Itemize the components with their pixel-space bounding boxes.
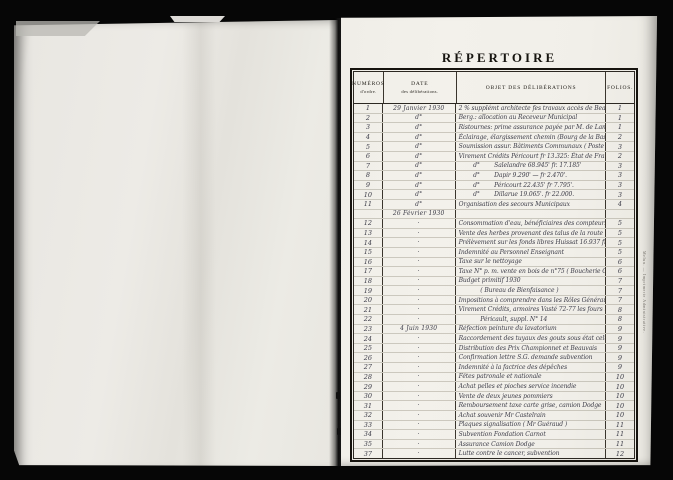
cell-order-number: 26 xyxy=(354,353,383,362)
cell-order-number: 6 xyxy=(354,152,383,161)
date-text: · xyxy=(418,364,420,371)
order-number-text: 23 xyxy=(364,325,372,333)
order-number-text: 26 xyxy=(364,354,372,362)
objet-text: d° Dillarue 19.065'. fr 22.000. xyxy=(459,191,574,198)
cell-order-number: 22 xyxy=(354,315,383,324)
cell-order-number: 30 xyxy=(354,392,383,401)
cell-objet: Achat pelles et pioches service incendie xyxy=(456,382,606,391)
table-row: 19 · ( Bureau de Bienfaisance ) 7 xyxy=(354,286,634,296)
date-text: · xyxy=(418,383,420,390)
cell-objet: Fêtes patronale et nationale xyxy=(456,373,606,382)
cell-objet: Assurance Camion Dodge xyxy=(456,440,606,449)
order-number-text: 24 xyxy=(364,335,372,343)
cell-folio: 11 xyxy=(606,430,634,439)
order-number-text: 11 xyxy=(364,200,372,208)
folio-text: 10 xyxy=(616,402,624,410)
objet-text: Vente des herbes provenant des talus de … xyxy=(459,230,603,237)
table-inner-border: NUMÉROS d'ordre. DATE des délibérations.… xyxy=(353,71,635,459)
cell-objet xyxy=(456,210,606,219)
order-number-text: 25 xyxy=(364,344,372,352)
cell-date: · xyxy=(383,267,456,276)
folio-text: 9 xyxy=(618,325,622,333)
objet-text: Organisation des secours Municipaux xyxy=(459,201,570,208)
cell-objet: Budget primitif 1930 xyxy=(456,277,606,286)
table-row: 1 29 Janvier 1930 2 % supplémt architect… xyxy=(354,104,634,114)
cell-date: · xyxy=(383,296,456,305)
objet-text: ( Bureau de Bienfaisance ) xyxy=(459,287,559,294)
cell-date: · xyxy=(383,334,456,343)
cell-folio: 6 xyxy=(606,267,634,276)
table-header: NUMÉROS d'ordre. DATE des délibérations.… xyxy=(354,72,634,104)
cell-order-number: 5 xyxy=(354,142,383,151)
cell-folio: 1 xyxy=(606,114,634,123)
date-text: · xyxy=(418,258,420,265)
cell-order-number: 29 xyxy=(354,382,383,391)
objet-text: Éclairage, élargissement chemin (Bourg d… xyxy=(459,134,606,141)
date-text: · xyxy=(418,412,420,419)
folio-text: 5 xyxy=(618,239,622,247)
order-number-text: 30 xyxy=(364,392,372,400)
table-row: 24 · Raccordement des tuyaux des gouts s… xyxy=(354,334,634,344)
order-number-text: 5 xyxy=(366,143,370,151)
date-text: d° xyxy=(415,182,422,189)
objet-text: Fêtes patronale et nationale xyxy=(459,373,542,380)
cell-date: · xyxy=(383,363,456,372)
order-number-text: 31 xyxy=(364,402,372,410)
objet-text: 2 % supplémt architecte fes travaux accè… xyxy=(459,105,606,112)
cell-date: · xyxy=(383,421,456,430)
page-edge-sliver xyxy=(170,16,225,22)
folio-text: 3 xyxy=(618,191,622,199)
cell-objet: Consommation d'eau, bénéficiaires des co… xyxy=(456,219,606,228)
table-row: 18 · Budget primitif 1930 7 xyxy=(354,277,634,287)
cell-objet: ( Bureau de Bienfaisance ) xyxy=(456,286,606,295)
table-row: 27 · Indemnité à la factrice des dépêche… xyxy=(354,363,634,373)
cell-folio: 10 xyxy=(606,382,634,391)
cell-objet: Confirmation lettre S.G. demande subvent… xyxy=(456,353,606,362)
cell-date: · xyxy=(383,305,456,314)
objet-text: Lutte contre le cancer, subvention xyxy=(459,450,560,457)
folio-text: 3 xyxy=(618,162,622,170)
cell-order-number: 21 xyxy=(354,305,383,314)
cell-date: · xyxy=(383,286,456,295)
table-row: 3 d° Ristournes: prime assurance payée p… xyxy=(354,123,634,133)
order-number-text: 10 xyxy=(364,191,372,199)
cell-date: · xyxy=(383,248,456,257)
cell-objet: Subvention Fondation Carnot xyxy=(456,430,606,439)
folio-text: 10 xyxy=(616,392,624,400)
cell-order-number: 23 xyxy=(354,325,383,334)
date-text: · xyxy=(418,354,420,361)
objet-text: Réfection peinture du lavatorium xyxy=(459,325,557,332)
date-text: · xyxy=(418,441,420,448)
cell-date: · xyxy=(383,315,456,324)
cell-order-number: 15 xyxy=(354,248,383,257)
cell-objet: Ristournes: prime assurance payée par M.… xyxy=(456,123,606,132)
date-text: d° xyxy=(415,153,422,160)
objet-text: Taxe N° p. m. vente en bois de n°75 ( Bo… xyxy=(459,268,606,275)
header-objet-label: OBJET DES DÉLIBÉRATIONS xyxy=(486,85,577,91)
cell-folio: 3 xyxy=(606,181,634,190)
binding-stitch-mark xyxy=(336,392,340,399)
table-row: 33 · Plaques signalisation ( Mr Guéraud … xyxy=(354,421,634,431)
left-blank-page xyxy=(14,20,338,466)
table-row: 11 d° Organisation des secours Municipau… xyxy=(354,200,634,210)
date-text: · xyxy=(418,421,420,428)
order-number-text: 35 xyxy=(364,440,372,448)
cell-date: d° xyxy=(383,123,456,132)
cell-order-number: 28 xyxy=(354,373,383,382)
cell-order-number xyxy=(354,210,383,219)
date-text: d° xyxy=(415,134,422,141)
cell-date: · xyxy=(383,277,456,286)
cell-objet: Indemnité à la factrice des dépêches xyxy=(456,363,606,372)
cell-order-number: 12 xyxy=(354,219,383,228)
table-row: 5 d° Soumission assur. Bâtiments Communa… xyxy=(354,142,634,152)
cell-date: · xyxy=(383,353,456,362)
cell-objet: Réfection peinture du lavatorium xyxy=(456,325,606,334)
table-row: 10 d° d° Dillarue 19.065'. fr 22.000. 3 xyxy=(354,190,634,200)
cell-folio: 10 xyxy=(606,411,634,420)
cell-folio: 3 xyxy=(606,190,634,199)
order-number-text: 3 xyxy=(366,123,370,131)
date-text: · xyxy=(418,402,420,409)
date-text: · xyxy=(418,450,420,457)
cell-date: · xyxy=(383,430,456,439)
cell-folio: 7 xyxy=(606,296,634,305)
date-text: · xyxy=(418,287,420,294)
cell-objet: Prélèvement sur les fonds libres Huissat… xyxy=(456,238,606,247)
folio-text: 1 xyxy=(618,104,622,112)
folio-text: 11 xyxy=(616,440,624,448)
cell-order-number: 27 xyxy=(354,363,383,372)
objet-text: Berg.: allocation au Receveur Municipal xyxy=(459,114,578,121)
cell-folio: 3 xyxy=(606,162,634,171)
folio-text: 2 xyxy=(618,152,622,160)
order-number-text: 21 xyxy=(364,306,372,314)
cell-objet: d° Salelandre 68.945' fr. 17.185' xyxy=(456,162,606,171)
table-body: 1 29 Janvier 1930 2 % supplémt architect… xyxy=(354,104,634,458)
cell-folio: 3 xyxy=(606,171,634,180)
table-row: 17 · Taxe N° p. m. vente en bois de n°75… xyxy=(354,267,634,277)
header-date-line1: DATE xyxy=(411,81,428,87)
cell-date: · xyxy=(383,440,456,449)
cell-objet: Soumission assur. Bâtiments Communaux ( … xyxy=(456,142,606,151)
cell-order-number: 31 xyxy=(354,401,383,410)
date-text: · xyxy=(418,297,420,304)
table-row: 37 · Lutte contre le cancer, subvention … xyxy=(354,449,634,458)
repertoire-table: NUMÉROS d'ordre. DATE des délibérations.… xyxy=(350,68,638,462)
cell-folio: 9 xyxy=(606,363,634,372)
objet-text: Raccordement des tuyaux des gouts sous é… xyxy=(459,335,606,342)
cell-folio: 9 xyxy=(606,353,634,362)
order-number-text: 14 xyxy=(364,239,372,247)
cell-objet: Distribution des Prix Championnet et Bea… xyxy=(456,344,606,353)
cell-folio: 5 xyxy=(606,219,634,228)
objet-text: Plaques signalisation ( Mr Guéraud ) xyxy=(459,421,567,428)
objet-text: Indemnité au Personnel Enseignant xyxy=(459,249,564,256)
objet-text: Confirmation lettre S.G. demande subvent… xyxy=(459,354,593,361)
date-text: d° xyxy=(415,201,422,208)
header-objet: OBJET DES DÉLIBÉRATIONS xyxy=(457,72,607,103)
objet-text: Achat souvenir Mr Castelrain xyxy=(459,412,546,419)
cell-objet: Vente de deux jeunes pommiers xyxy=(456,392,606,401)
date-text: · xyxy=(418,249,420,256)
cell-folio: 4 xyxy=(606,200,634,209)
folio-text: 4 xyxy=(618,200,622,208)
cell-date: · xyxy=(383,382,456,391)
cell-order-number: 14 xyxy=(354,238,383,247)
cell-date: 29 Janvier 1930 xyxy=(383,104,456,113)
objet-text: Remboursement taxe carte grise, camion D… xyxy=(459,402,602,409)
order-number-text: 27 xyxy=(364,363,372,371)
table-row: 23 4 Juin 1930 Réfection peinture du lav… xyxy=(354,325,634,335)
folio-text: 9 xyxy=(618,344,622,352)
objet-text: Budget primitif 1930 xyxy=(459,277,521,284)
cell-objet: Impositions à comprendre dans les Rôles … xyxy=(456,296,606,305)
header-numeros-line2: d'ordre. xyxy=(360,89,376,95)
date-text: d° xyxy=(415,124,422,131)
cell-objet: Plaques signalisation ( Mr Guéraud ) xyxy=(456,421,606,430)
header-date-line2: des délibérations. xyxy=(401,89,438,95)
cell-objet: d° Dillarue 19.065'. fr 22.000. xyxy=(456,190,606,199)
cell-order-number: 2 xyxy=(354,114,383,123)
cell-date: d° xyxy=(383,162,456,171)
cell-folio: 3 xyxy=(606,142,634,151)
cell-date: · xyxy=(383,344,456,353)
cell-order-number: 16 xyxy=(354,258,383,267)
table-row: 26 · Confirmation lettre S.G. demande su… xyxy=(354,353,634,363)
cell-date: · xyxy=(383,238,456,247)
cell-folio: 8 xyxy=(606,305,634,314)
cell-date: · xyxy=(383,401,456,410)
table-row: 6 d° Virement Crédits Péricourt fr 13.32… xyxy=(354,152,634,162)
objet-text: Achat pelles et pioches service incendie xyxy=(459,383,577,390)
cell-date: d° xyxy=(383,114,456,123)
date-text: · xyxy=(418,220,420,227)
cell-folio: 8 xyxy=(606,315,634,324)
date-text: d° xyxy=(415,162,422,169)
cell-objet: Vente des herbes provenant des talus de … xyxy=(456,229,606,238)
date-text: · xyxy=(418,230,420,237)
cell-order-number: 3 xyxy=(354,123,383,132)
objet-text: d° Salelandre 68.945' fr. 17.185' xyxy=(459,162,582,169)
objet-text: Virement Crédits, armoires Vasté 72-77 l… xyxy=(459,306,606,313)
cell-folio: 11 xyxy=(606,421,634,430)
date-text: 26 Février 1930 xyxy=(393,210,445,217)
objet-text: Assurance Camion Dodge xyxy=(459,441,535,448)
date-text: · xyxy=(418,306,420,313)
header-numeros-line1: NUMÉROS xyxy=(352,81,385,87)
cell-date: · xyxy=(383,229,456,238)
cell-date: d° xyxy=(383,200,456,209)
order-number-text: 19 xyxy=(364,287,372,295)
folio-text: 9 xyxy=(618,363,622,371)
cell-date: d° xyxy=(383,142,456,151)
cell-folio: 9 xyxy=(606,334,634,343)
cell-objet: 2 % supplémt architecte fes travaux accè… xyxy=(456,104,606,113)
objet-text: Prélèvement sur les fonds libres Huissat… xyxy=(459,239,606,246)
cell-folio: 10 xyxy=(606,392,634,401)
cell-folio: 10 xyxy=(606,401,634,410)
table-row: 25 · Distribution des Prix Championnet e… xyxy=(354,344,634,354)
objet-text: Virement Crédits Péricourt fr 13.325: Ét… xyxy=(459,153,606,160)
cell-date: · xyxy=(383,449,456,458)
table-row: 2 d° Berg.: allocation au Receveur Munic… xyxy=(354,114,634,124)
cell-order-number: 18 xyxy=(354,277,383,286)
cell-date: · xyxy=(383,219,456,228)
table-row: 21 · Virement Crédits, armoires Vasté 72… xyxy=(354,305,634,315)
cell-folio: 9 xyxy=(606,325,634,334)
objet-text: Vente de deux jeunes pommiers xyxy=(459,393,553,400)
date-text: · xyxy=(418,316,420,323)
cell-order-number: 24 xyxy=(354,334,383,343)
cell-order-number: 13 xyxy=(354,229,383,238)
cell-folio: 12 xyxy=(606,449,634,458)
cell-folio: 5 xyxy=(606,229,634,238)
printer-imprint: Melun. — Imprimerie Administrative. xyxy=(642,251,647,333)
cell-order-number: 37 xyxy=(354,449,383,458)
cell-objet: Berg.: allocation au Receveur Municipal xyxy=(456,114,606,123)
page-fold-shading xyxy=(182,20,216,466)
header-date: DATE des délibérations. xyxy=(384,72,457,103)
order-number-text: 12 xyxy=(364,219,372,227)
cell-order-number: 4 xyxy=(354,133,383,142)
objet-text: Indemnité à la factrice des dépêches xyxy=(459,364,567,371)
cell-order-number: 33 xyxy=(354,421,383,430)
folio-text: 1 xyxy=(618,123,622,131)
cell-objet: Organisation des secours Municipaux xyxy=(456,200,606,209)
cell-order-number: 19 xyxy=(354,286,383,295)
table-row: 31 · Remboursement taxe carte grise, cam… xyxy=(354,401,634,411)
table-row: 28 · Fêtes patronale et nationale 10 xyxy=(354,373,634,383)
folio-text: 3 xyxy=(618,171,622,179)
order-number-text: 9 xyxy=(366,181,370,189)
cell-objet: d° Péricourt 22.435' fr 7.795'. xyxy=(456,181,606,190)
cell-date: · xyxy=(383,373,456,382)
cell-date: d° xyxy=(383,171,456,180)
folio-text: 11 xyxy=(616,421,624,429)
folio-text: 5 xyxy=(618,248,622,256)
cell-date: d° xyxy=(383,152,456,161)
date-text: · xyxy=(418,345,420,352)
cell-objet: Péricault, suppl. N° 14 xyxy=(456,315,606,324)
cell-objet: Éclairage, élargissement chemin (Bourg d… xyxy=(456,133,606,142)
register-page: RÉPERTOIRE NUMÉROS d'ordre. DATE des dél… xyxy=(341,16,658,466)
folio-text: 10 xyxy=(616,411,624,419)
page-title: RÉPERTOIRE xyxy=(341,50,658,66)
cell-folio: 2 xyxy=(606,133,634,142)
date-text: d° xyxy=(415,191,422,198)
cell-folio: 1 xyxy=(606,123,634,132)
cell-folio: 7 xyxy=(606,277,634,286)
date-text: · xyxy=(418,277,420,284)
cell-folio: 2 xyxy=(606,152,634,161)
cell-folio: 10 xyxy=(606,373,634,382)
table-row: 32 · Achat souvenir Mr Castelrain 10 xyxy=(354,411,634,421)
date-text: · xyxy=(418,239,420,246)
cell-date: · xyxy=(383,392,456,401)
table-row: 12 · Consommation d'eau, bénéficiaires d… xyxy=(354,219,634,229)
folio-text: 5 xyxy=(618,219,622,227)
binding-stitch-mark xyxy=(337,428,341,435)
table-row: 4 d° Éclairage, élargissement chemin (Bo… xyxy=(354,133,634,143)
cell-date: d° xyxy=(383,133,456,142)
order-number-text: 34 xyxy=(364,430,372,438)
cell-date: 26 Février 1930 xyxy=(383,210,456,219)
cell-folio xyxy=(606,210,634,219)
cell-order-number: 8 xyxy=(354,171,383,180)
cell-order-number: 34 xyxy=(354,430,383,439)
table-row: 7 d° d° Salelandre 68.945' fr. 17.185' 3 xyxy=(354,162,634,172)
cell-objet: Taxe N° p. m. vente en bois de n°75 ( Bo… xyxy=(456,267,606,276)
date-text: · xyxy=(418,431,420,438)
order-number-text: 8 xyxy=(366,171,370,179)
order-number-text: 4 xyxy=(366,133,370,141)
order-number-text: 20 xyxy=(364,296,372,304)
order-number-text: 17 xyxy=(364,267,372,275)
cell-folio: 6 xyxy=(606,258,634,267)
objet-text: Péricault, suppl. N° 14 xyxy=(459,316,548,323)
folio-text: 10 xyxy=(616,383,624,391)
table-row: 35 · Assurance Camion Dodge 11 xyxy=(354,440,634,450)
order-number-text: 7 xyxy=(366,162,370,170)
folio-text: 12 xyxy=(616,450,624,458)
table-row: 15 · Indemnité au Personnel Enseignant 5 xyxy=(354,248,634,258)
objet-text: Ristournes: prime assurance payée par M.… xyxy=(459,124,606,131)
cell-order-number: 9 xyxy=(354,181,383,190)
cell-order-number: 20 xyxy=(354,296,383,305)
order-number-text: 16 xyxy=(364,258,372,266)
scanned-register-photo: RÉPERTOIRE NUMÉROS d'ordre. DATE des dél… xyxy=(0,0,673,480)
folio-text: 3 xyxy=(618,143,622,151)
objet-text: Taxe sur le nettoyage xyxy=(459,258,522,265)
folio-text: 6 xyxy=(618,258,622,266)
folio-text: 10 xyxy=(616,373,624,381)
cell-date: · xyxy=(383,258,456,267)
folio-text: 11 xyxy=(616,430,624,438)
cell-objet: Virement Crédits, armoires Vasté 72-77 l… xyxy=(456,305,606,314)
table-row: 29 · Achat pelles et pioches service inc… xyxy=(354,382,634,392)
cell-folio: 11 xyxy=(606,440,634,449)
cell-order-number: 35 xyxy=(354,440,383,449)
cell-objet: Virement Crédits Péricourt fr 13.325: Ét… xyxy=(456,152,606,161)
order-number-text: 15 xyxy=(364,248,372,256)
cell-objet: Remboursement taxe carte grise, camion D… xyxy=(456,401,606,410)
header-folios: FOLIOS. xyxy=(606,72,634,103)
objet-text: Soumission assur. Bâtiments Communaux ( … xyxy=(459,143,606,150)
folio-text: 3 xyxy=(618,181,622,189)
cell-order-number: 25 xyxy=(354,344,383,353)
cell-date: d° xyxy=(383,190,456,199)
order-number-text: 1 xyxy=(366,104,370,112)
table-row: 13 · Vente des herbes provenant des talu… xyxy=(354,229,634,239)
cell-folio: 5 xyxy=(606,248,634,257)
cell-order-number: 1 xyxy=(354,104,383,113)
date-text: 4 Juin 1930 xyxy=(400,325,437,332)
cell-folio: 1 xyxy=(606,104,634,113)
folio-text: 2 xyxy=(618,133,622,141)
folio-text: 6 xyxy=(618,267,622,275)
cell-objet: Taxe sur le nettoyage xyxy=(456,258,606,267)
objet-text: Consommation d'eau, bénéficiaires des co… xyxy=(459,220,606,227)
cell-objet: Achat souvenir Mr Castelrain xyxy=(456,411,606,420)
order-number-text: 2 xyxy=(366,114,370,122)
cell-date: d° xyxy=(383,181,456,190)
objet-text: d° Péricourt 22.435' fr 7.795'. xyxy=(459,182,574,189)
objet-text: Distribution des Prix Championnet et Bea… xyxy=(459,345,597,352)
header-folios-label: FOLIOS. xyxy=(607,85,633,91)
